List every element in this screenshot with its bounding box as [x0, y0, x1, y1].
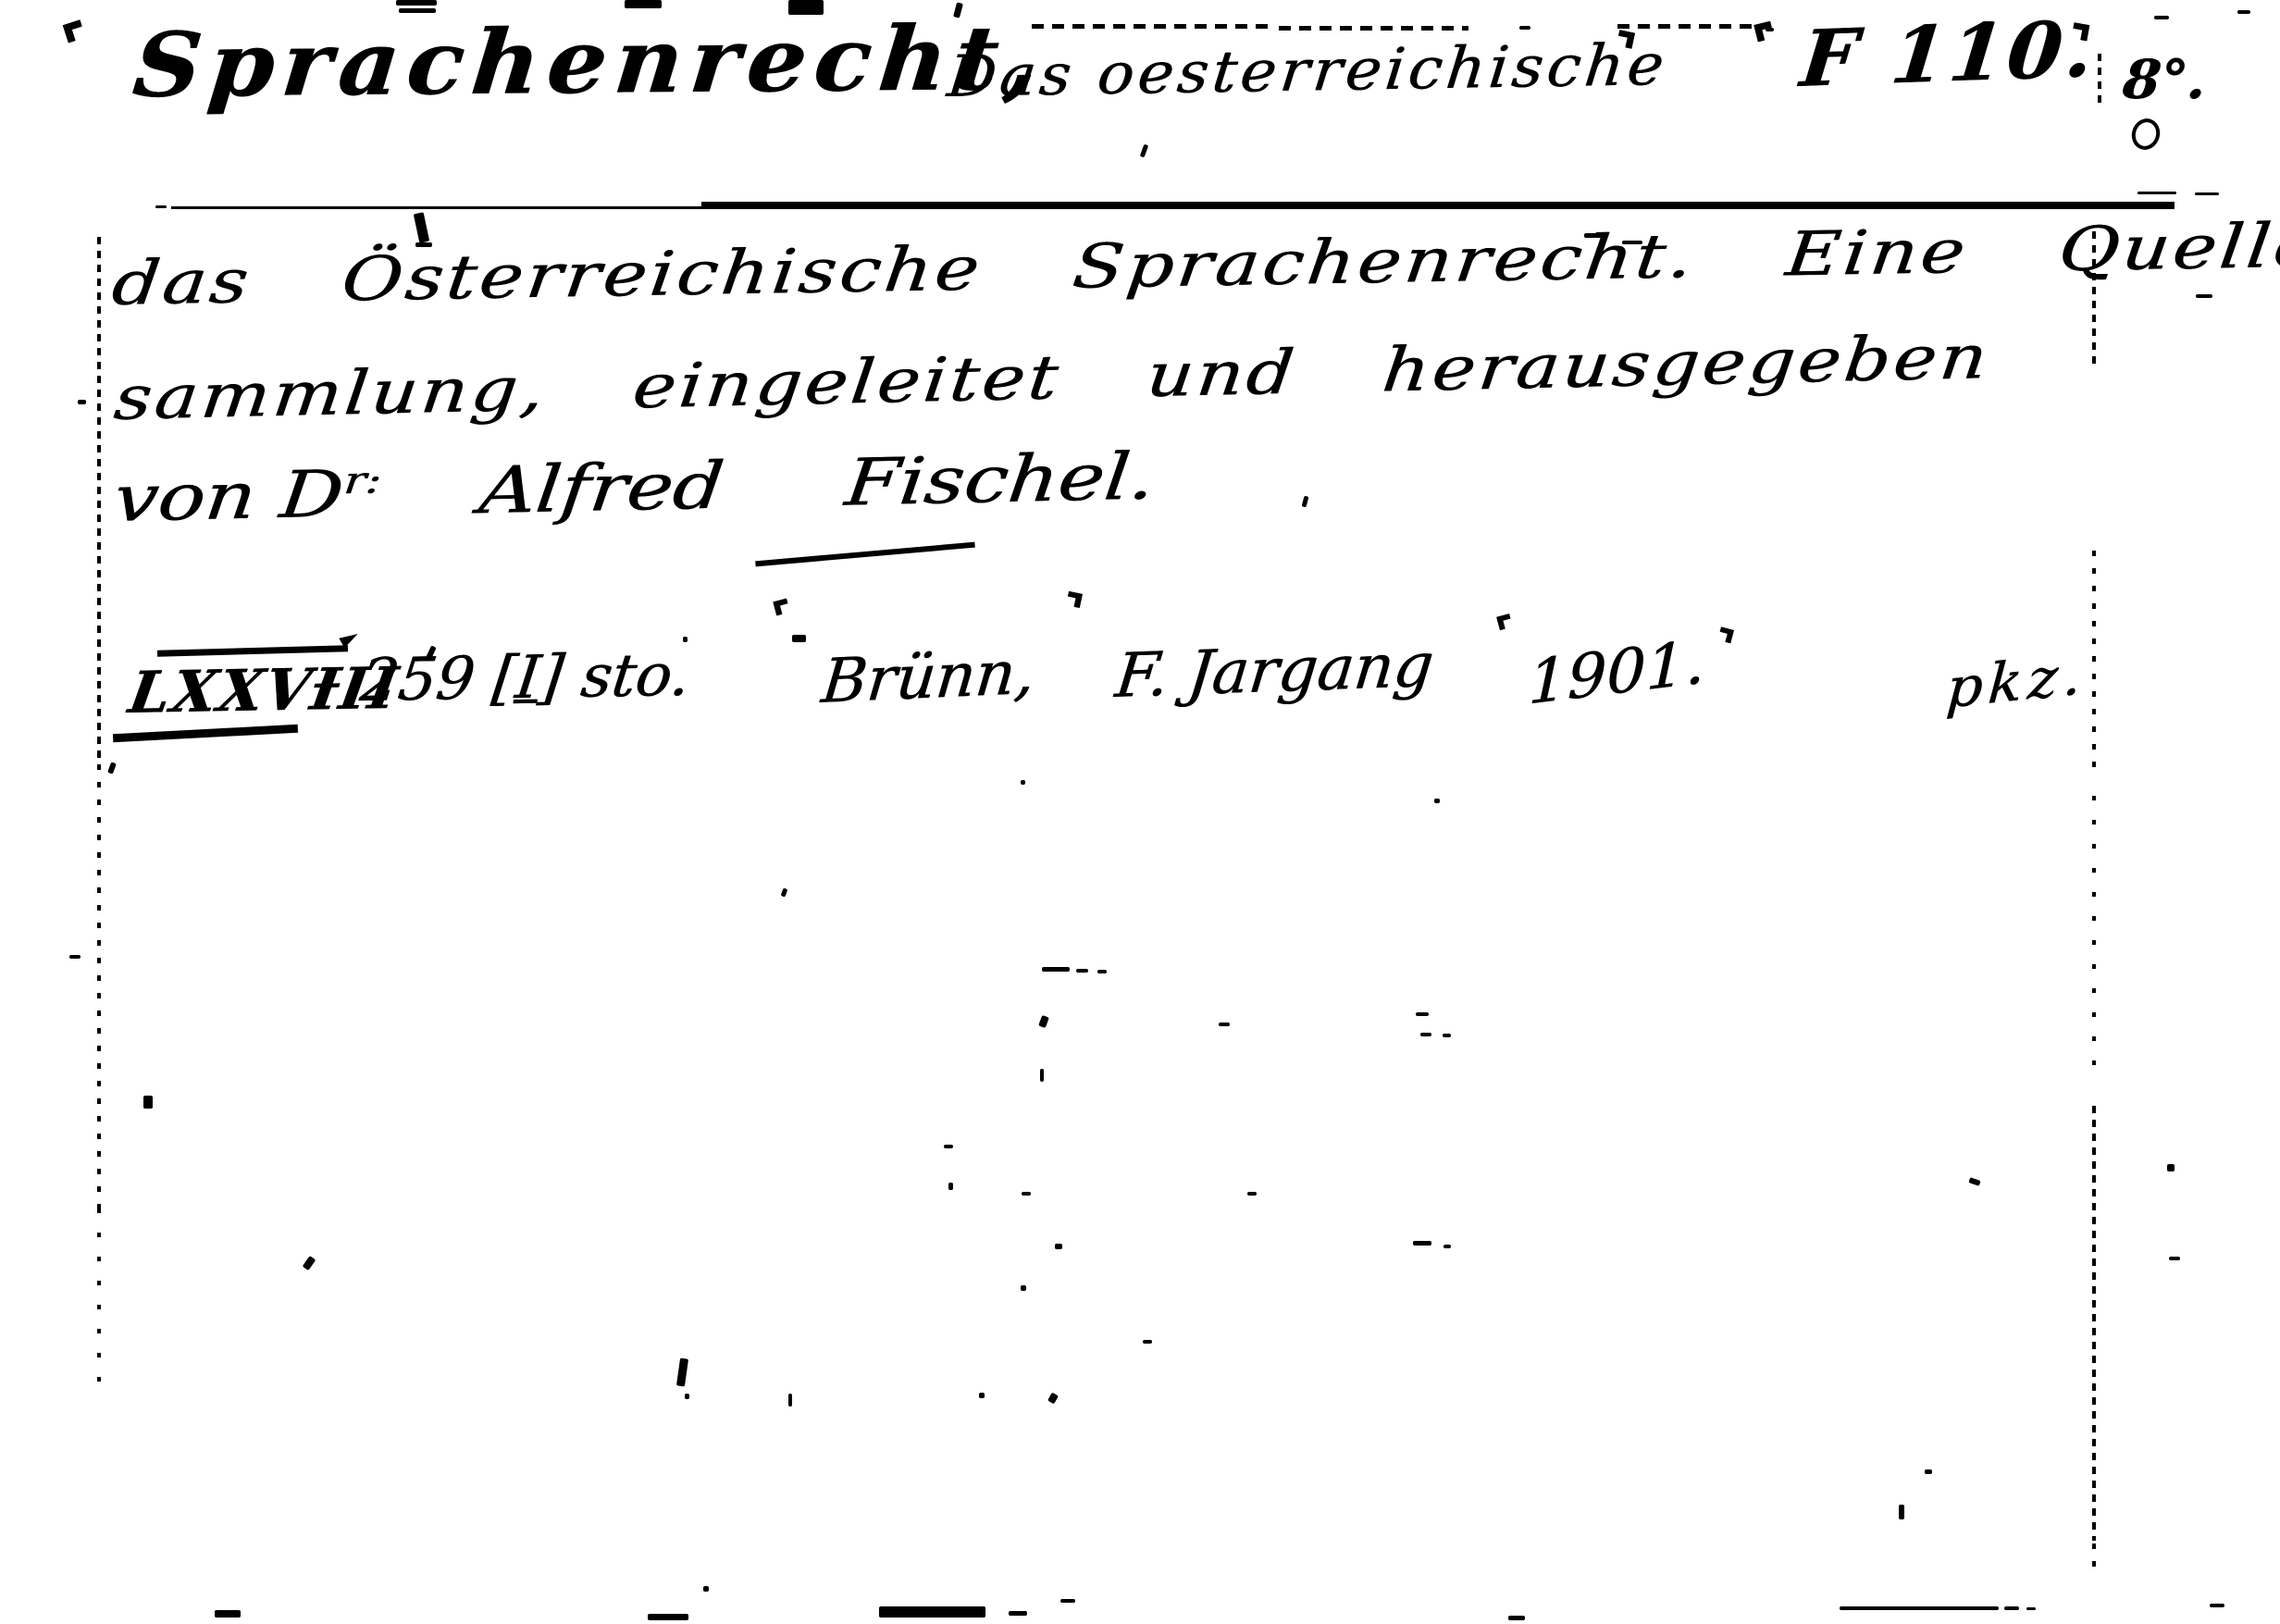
ink-speck — [792, 635, 806, 642]
author-name-underline — [755, 542, 975, 567]
right-margin-dotted-rule — [2092, 1106, 2096, 1541]
ink-speck — [1420, 1033, 1431, 1036]
ink-speck — [215, 1610, 241, 1618]
ink-speck — [703, 1586, 709, 1592]
ink-speck — [396, 0, 437, 6]
ink-speck — [1302, 496, 1309, 508]
ink-speck — [1413, 1241, 1431, 1246]
right-margin-dotted-rule — [2092, 1543, 2096, 1579]
ink-speck — [1021, 780, 1025, 785]
ink-speck — [1444, 1245, 1451, 1248]
ink-speck — [2196, 294, 2212, 298]
ink-speck — [414, 212, 429, 243]
ink-speck — [1840, 1606, 1999, 1610]
format-designation: 8°. — [2120, 48, 2210, 111]
card-heading-keyword: Sprachenrecht, — [129, 6, 1051, 118]
place-mark-close-icon: ⌝ — [1058, 583, 1087, 636]
ink-speck — [1982, 21, 1994, 25]
ink-speck — [1038, 1015, 1049, 1028]
shelfmark-mark-open-icon: ⌜ — [1748, 13, 1786, 77]
format-dotted-tick — [2098, 54, 2101, 104]
ink-speck — [143, 1096, 153, 1109]
ink-speck — [1622, 241, 1642, 244]
publication-place: Brünn, — [819, 637, 1038, 717]
ink-speck — [1055, 1244, 1062, 1249]
ink-speck — [788, 0, 824, 15]
ink-speck — [69, 955, 81, 959]
ink-speck — [1508, 1616, 1525, 1620]
left-margin-dotted-rule — [97, 1209, 101, 1384]
pages-suffix: ] sto. — [536, 641, 694, 713]
ink-speck — [879, 1606, 985, 1618]
ink-speck — [1143, 1340, 1152, 1344]
shelfmark: F 110. — [1797, 3, 2101, 105]
ink-circle-scribble — [2127, 115, 2163, 154]
ink-speck — [1519, 26, 1530, 30]
ink-speck — [1968, 1177, 1980, 1186]
header-rule-thin — [171, 206, 703, 209]
ink-speck — [1140, 144, 1148, 158]
insertion-mark-open-icon: ⌜ — [56, 10, 100, 80]
ink-speck — [2004, 1606, 2019, 1610]
volume-underline — [113, 725, 298, 742]
ink-speck — [78, 400, 86, 404]
right-margin-dotted-rule — [2092, 796, 2096, 1073]
publication-year: 1901. — [1528, 626, 1705, 718]
ink-speck — [1247, 1192, 1257, 1196]
ink-speck — [1443, 1034, 1451, 1037]
ink-speck — [1022, 1192, 1031, 1196]
ink-speck — [1279, 26, 1468, 31]
ink-speck — [1925, 1469, 1932, 1474]
ink-speck — [399, 8, 436, 13]
author-last-name: Fischel — [841, 439, 1134, 521]
ink-speck — [2237, 10, 2250, 14]
card-heading-article: Das oesterreichische — [944, 31, 1670, 110]
ink-speck — [155, 205, 167, 208]
ink-speck — [107, 762, 117, 774]
ink-speck — [683, 637, 688, 642]
pages-prefix: – 259 [ — [308, 644, 520, 716]
ink-speck — [788, 1394, 792, 1407]
ink-speck — [648, 1614, 688, 1620]
ink-speck — [303, 1256, 316, 1271]
ink-speck — [2167, 1164, 2175, 1172]
series-statement: F. Jargang — [1112, 629, 1437, 712]
ink-speck — [1097, 970, 1107, 973]
left-margin-dotted-rule — [97, 237, 101, 764]
ink-speck — [1047, 1393, 1059, 1405]
ink-speck — [1434, 799, 1440, 803]
ink-speck — [1766, 28, 1774, 31]
ink-speck — [2137, 192, 2176, 194]
ink-speck — [1416, 1012, 1429, 1016]
ink-speck — [1042, 967, 1070, 972]
left-margin-dotted-rule — [97, 764, 101, 1209]
ink-speck — [1617, 24, 1756, 29]
author-statement-prefix: von D — [110, 456, 347, 537]
author-first-name: Alfred — [476, 448, 727, 529]
ink-speck — [1021, 1285, 1026, 1291]
ink-speck — [625, 0, 662, 8]
volume-overline-arrow-icon — [339, 629, 360, 648]
cataloger-initials: pkz. — [1944, 642, 2088, 721]
ink-speck — [781, 887, 788, 897]
body-line-1: das Österreichische Sprachenrecht. Eine … — [108, 208, 2280, 319]
ink-speck — [944, 1145, 953, 1148]
ink-speck — [1060, 1599, 1075, 1603]
ink-speck — [979, 1393, 985, 1398]
ink-speck — [2026, 1607, 2036, 1610]
ink-speck — [2195, 192, 2219, 195]
pages-statement: – 259 [I] sto. — [308, 641, 694, 716]
ink-speck — [676, 1358, 688, 1387]
ink-speck — [685, 1394, 689, 1399]
ink-speck — [1219, 1023, 1230, 1026]
ink-speck — [1009, 1611, 1027, 1616]
ink-speck — [1899, 1505, 1904, 1519]
ink-speck — [1584, 233, 1608, 238]
catalog-card-scan: { "colors": { "ink": "#000000", "paper":… — [0, 0, 2280, 1624]
ink-speck — [1040, 1069, 1044, 1082]
ink-speck — [948, 1183, 953, 1190]
ink-speck — [2210, 1604, 2224, 1607]
header-rule-thick — [701, 202, 2175, 209]
year-mark-close-icon: ⌝ — [1708, 620, 1739, 671]
body-line-2: sammlung, eingeleitet und herausgegeben — [111, 321, 1994, 434]
ink-speck — [1076, 969, 1088, 973]
doctor-abbrev-sup: r: — [341, 457, 383, 502]
year-mark-open-icon: ⌜ — [1492, 607, 1522, 658]
ink-speck — [1032, 24, 1268, 29]
ink-speck — [2154, 16, 2169, 19]
ink-speck — [2169, 1257, 2180, 1260]
ink-speck — [415, 242, 432, 247]
body-line-3: von Dr:AlfredFischel. — [110, 439, 1159, 537]
right-margin-dotted-rule — [2092, 551, 2096, 773]
